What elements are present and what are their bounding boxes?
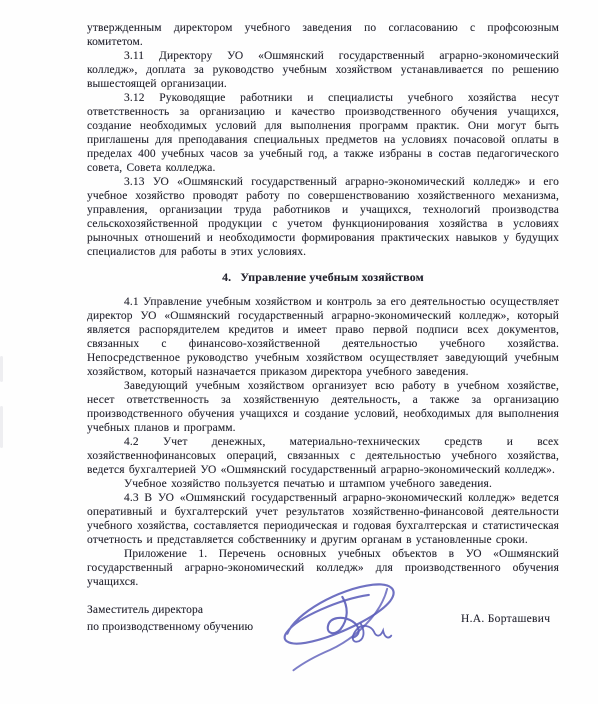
section-heading: 4.Управление учебным хозяйством: [87, 270, 559, 284]
paragraph: 4.1 Управление учебным хозяйством и конт…: [87, 295, 559, 379]
section-heading-number: 4.: [222, 270, 231, 284]
scan-artifact: [0, 406, 3, 448]
paragraph: Приложение 1. Перечень основных учебных …: [87, 547, 559, 589]
paragraph: Учебное хозяйство пользуется печатью и ш…: [87, 477, 559, 491]
paragraph: 4.3 В УО «Ошмянский государственный агра…: [87, 491, 559, 547]
section-heading-title: Управление учебным хозяйством: [240, 270, 424, 284]
document-page: утвержденным директором учебного заведен…: [0, 0, 598, 704]
paragraph: 3.13 УО «Ошмянский государственный аграр…: [87, 175, 559, 259]
paragraph: 4.2 Учет денежных, материально-техническ…: [87, 435, 559, 477]
document-body: утвержденным директором учебного заведен…: [87, 21, 559, 589]
paragraph: 3.11 Директору УО «Ошмянский государстве…: [87, 49, 559, 91]
paragraph: Заведующий учебным хозяйством организует…: [87, 379, 559, 435]
paragraph: утвержденным директором учебного заведен…: [87, 21, 559, 49]
paragraph: 3.12 Руководящие работники и специалисты…: [87, 91, 559, 175]
signature-block: Заместитель директора по производственно…: [87, 602, 559, 682]
scan-artifact: [0, 356, 3, 382]
signature-name: Н.А. Борташевич: [461, 613, 550, 625]
